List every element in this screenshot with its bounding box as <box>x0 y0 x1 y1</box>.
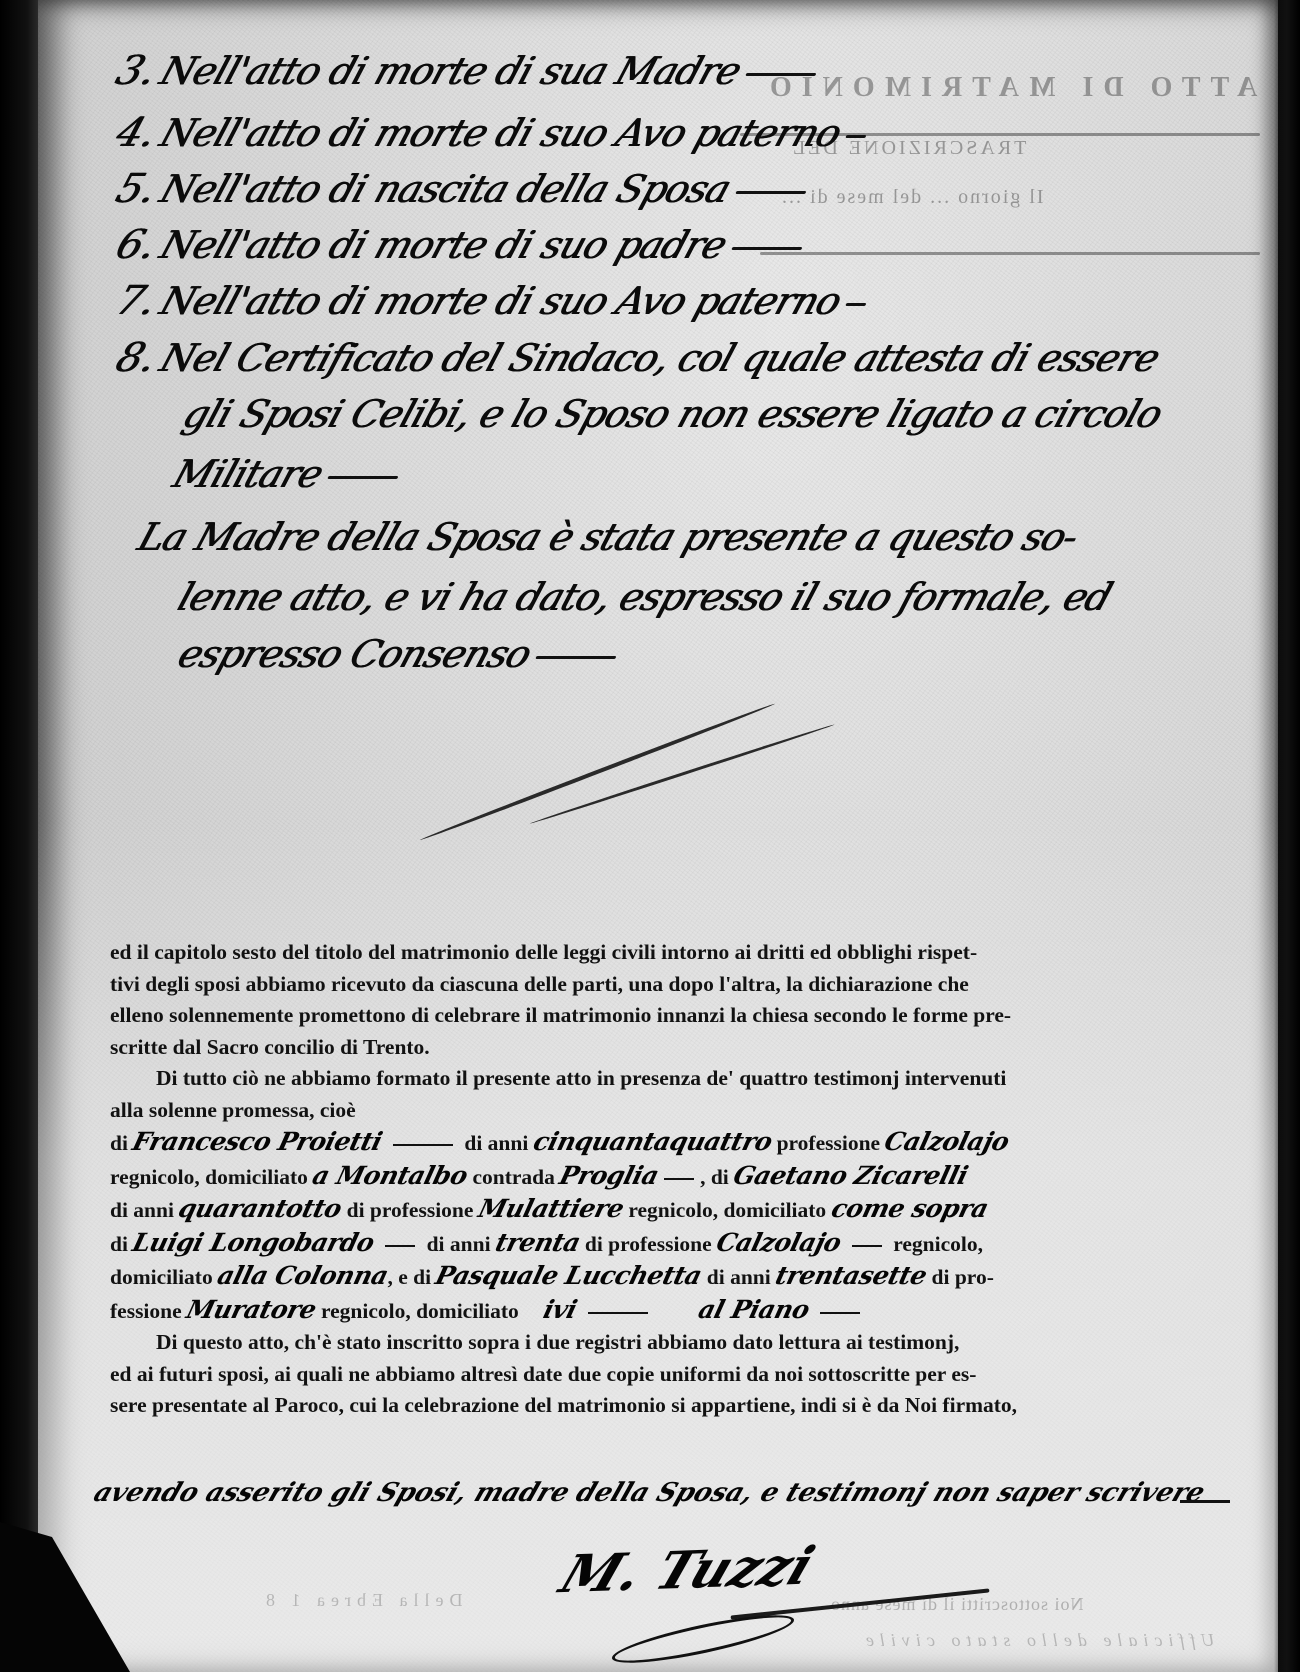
witness-1-domicile: a Montalbo <box>309 1160 471 1192</box>
witness-1-age: cinquantaquattro <box>530 1126 775 1158</box>
witness-1-name: Francesco Proietti <box>129 1126 385 1158</box>
witness-3-age: trenta <box>492 1227 583 1259</box>
witness-3-profession: Calzolajo <box>713 1227 844 1259</box>
witness-2-domicile: come sopra <box>828 1193 991 1225</box>
handwritten-line: 8.Nel Certificato del Sindaco, col quale… <box>111 335 1166 381</box>
bleed-through-bottom-3: Della Ebrea 1 8 <box>260 1590 462 1611</box>
printed-form-text: ed il capitolo sesto del titolo del matr… <box>110 937 1240 1422</box>
witness-line-3: di anni quarantotto di professione Mulat… <box>110 1193 1240 1227</box>
bleed-through-line: Il giorno ... del mese di ... <box>780 186 1044 209</box>
handwritten-line: 3.Nell'atto di morte di sua Madre <box>111 48 825 94</box>
officer-signature: M. Tuzzi <box>552 1536 822 1605</box>
bleed-through-bottom-2: Ufficiale dello stato civile <box>860 1630 1214 1651</box>
witness-2-profession: Mulattiere <box>475 1193 627 1225</box>
handwritten-line: Militare <box>168 452 406 496</box>
handwritten-closing-note: avendo asserito gli Sposi, madre della S… <box>90 1478 1210 1508</box>
bleed-through-rule <box>760 252 1260 255</box>
witness-2-age: quarantotto <box>175 1193 345 1225</box>
witness-line-1: di Francesco Proietti di anni cinquantaq… <box>110 1126 1240 1160</box>
witness-1-contrada: Proglia <box>556 1160 662 1192</box>
witness-line-6: fessione Muratore regnicolo, domiciliato… <box>110 1294 1240 1328</box>
paragraph-2: Di tutto ciò ne abbiamo formato il prese… <box>110 1063 1240 1327</box>
witness-4-domicile: ivi <box>540 1294 580 1326</box>
witness-3-domicile: alla Colonna <box>214 1260 391 1292</box>
witness-line-2: regnicolo, domiciliato a Montalbo contra… <box>110 1160 1240 1194</box>
witness-4-profession: Muratore <box>183 1294 319 1326</box>
handwritten-line: 5.Nell'atto di nascita della Sposa <box>111 166 815 212</box>
witness-3-name: Luigi Longobardo <box>129 1227 377 1259</box>
page-right-shadow <box>1274 0 1300 1672</box>
witness-4-extra: al Piano <box>695 1294 813 1326</box>
paragraph-1: ed il capitolo sesto del titolo del matr… <box>110 937 1240 1063</box>
handwritten-line: espresso Consenso <box>173 632 624 676</box>
handwritten-line: 6.Nell'atto di morte di suo padre <box>111 222 811 268</box>
witness-line-5: domiciliato alla Colonna, e di Pasquale … <box>110 1260 1240 1294</box>
witness-line-4: di Luigi Longobardo di anni trenta di pr… <box>110 1227 1240 1261</box>
handwritten-line: La Madre della Sposa è stata presente a … <box>133 515 1083 559</box>
handwritten-line: gli Sposi Celibi, e lo Sposo non essere … <box>178 392 1168 436</box>
handwritten-line: lenne atto, e vi ha dato, espresso il su… <box>173 575 1117 619</box>
bleed-through-title: ATTO DI MATRIMONIO <box>760 72 1257 104</box>
handwritten-line: 7.Nell'atto di morte di suo Avo paterno <box>111 278 875 324</box>
closing-dash <box>1180 1500 1230 1503</box>
witness-2-name: Gaetano Zicarelli <box>730 1160 971 1192</box>
paragraph-3: Di questo atto, ch'è stato inscritto sop… <box>110 1327 1240 1422</box>
witness-1-profession: Calzolajo <box>882 1126 1013 1158</box>
witness-4-name: Pasquale Lucchetta <box>433 1260 706 1292</box>
handwritten-line: 4.Nell'atto di morte di suo Avo paterno <box>111 110 875 156</box>
witness-4-age: trentasette <box>772 1260 930 1292</box>
